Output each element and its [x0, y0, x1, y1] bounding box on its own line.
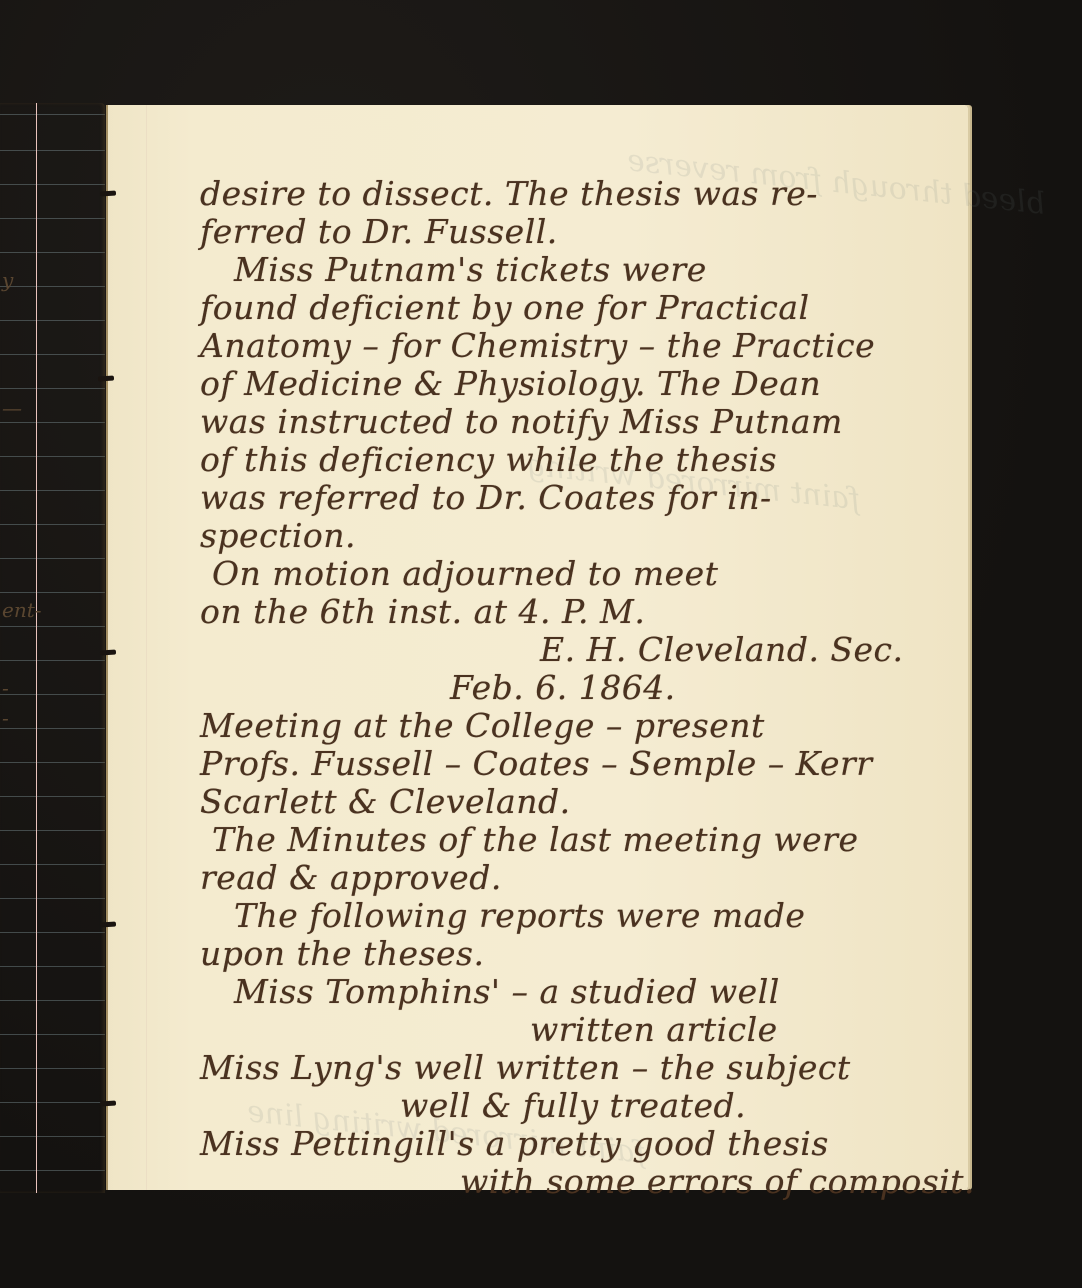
left-page: y—ent---: [0, 103, 105, 1193]
left-page-fragment: -: [2, 676, 9, 700]
manuscript-line: written article: [530, 1010, 778, 1049]
manuscript-line: Profs. Fussell – Coates – Semple – Kerr: [200, 744, 873, 783]
manuscript-line: on the 6th inst. at 4. P. M.: [200, 592, 645, 631]
left-page-fragment: y: [2, 268, 13, 292]
manuscript-line: On motion adjourned to meet: [212, 554, 718, 593]
gutter-fold: [106, 105, 108, 1190]
manuscript-line: was referred to Dr. Coates for in-: [200, 478, 772, 517]
manuscript-line: Miss Tomphins' – a studied well: [234, 972, 780, 1011]
manuscript-line: E. H. Cleveland. Sec.: [540, 630, 904, 669]
manuscript-line: Miss Pettingill's a pretty good thesis: [200, 1124, 829, 1163]
manuscript-line: upon the theses.: [200, 934, 484, 973]
manuscript-line: Miss Lyng's well written – the subject: [200, 1048, 851, 1087]
manuscript-line: well & fully treated.: [400, 1086, 746, 1125]
manuscript-line: of this deficiency while the thesis: [200, 440, 777, 479]
manuscript-line: with some errors of composit.: [460, 1162, 975, 1201]
manuscript-line: Miss Putnam's tickets were: [234, 250, 707, 289]
manuscript-line: desire to dissect. The thesis was re-: [200, 174, 818, 213]
manuscript-line: Scarlett & Cleveland.: [200, 782, 571, 821]
left-page-fragment: —: [2, 396, 22, 420]
manuscript-line: The Minutes of the last meeting were: [212, 820, 858, 859]
manuscript-line: was instructed to notify Miss Putnam: [200, 402, 843, 441]
manuscript-line: spection.: [200, 516, 356, 555]
manuscript-line: Anatomy – for Chemistry – the Practice: [200, 326, 875, 365]
left-page-fragment: ent-: [2, 598, 42, 622]
manuscript-line: of Medicine & Physiology. The Dean: [200, 364, 821, 403]
manuscript-line: Meeting at the College – present: [200, 706, 765, 745]
manuscript-line: The following reports were made: [234, 896, 805, 935]
manuscript-line: ferred to Dr. Fussell.: [200, 212, 558, 251]
left-page-margin-rule: [36, 103, 37, 1193]
left-page-fragment: -: [2, 706, 9, 730]
manuscript-line: read & approved.: [200, 858, 502, 897]
right-page-margin-rule: [146, 105, 147, 1190]
manuscript-line: found deficient by one for Practical: [200, 288, 810, 327]
manuscript-line: Feb. 6. 1864.: [450, 668, 676, 707]
